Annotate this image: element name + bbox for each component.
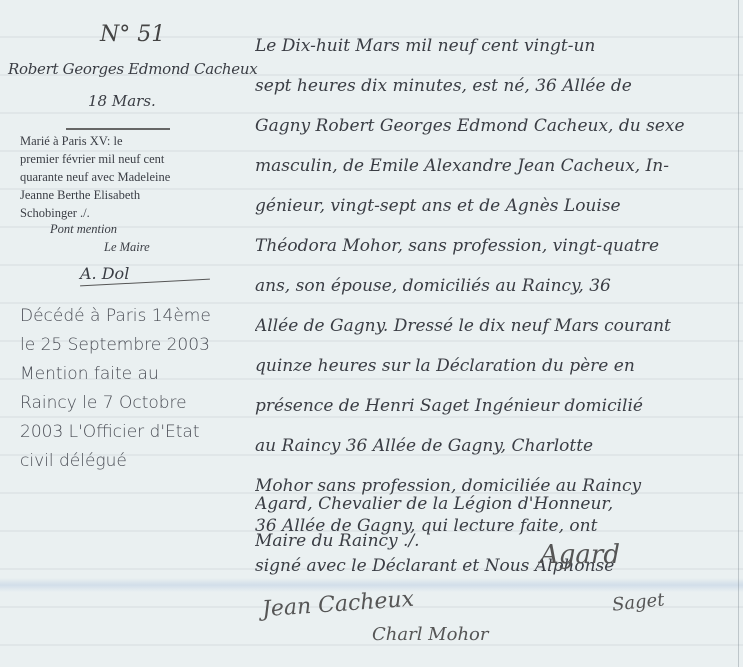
death-annotation: Décédé à Paris 14ème le 25 Septembre 200…: [20, 302, 250, 476]
mayor-label: Le Maire: [104, 240, 150, 255]
body-line: présence de Henri Saget Ingénieur domici…: [255, 386, 735, 426]
body-line: sept heures dix minutes, est né, 36 Allé…: [255, 66, 735, 106]
body-line: quinze heures sur la Déclaration du père…: [255, 346, 735, 386]
body-line: Maire du Raincy ./.: [255, 523, 735, 560]
body-line: ans, son épouse, domiciliés au Raincy, 3…: [255, 266, 735, 306]
father-signature: Jean Cacheux: [261, 587, 415, 623]
marriage-line: Jeanne Berthe Elisabeth: [20, 186, 248, 204]
margin-date: 18 Mars.: [88, 92, 156, 110]
marriage-annotation: Marié à Paris XV: le premier février mil…: [20, 132, 248, 222]
body-line: Allée de Gagny. Dressé le dix neuf Mars …: [255, 306, 735, 346]
birth-record-body-end: Agard, Chevalier de la Légion d'Honneur,…: [255, 486, 735, 560]
death-line: 2003 L'Officier d'Etat: [20, 418, 250, 447]
body-line: Gagny Robert Georges Edmond Cacheux, du …: [255, 106, 735, 146]
death-line: Décédé à Paris 14ème: [20, 302, 250, 331]
mayor-signature: Agard: [540, 540, 620, 570]
death-line: Raincy le 7 Octobre: [20, 389, 250, 418]
body-line: masculin, de Emile Alexandre Jean Cacheu…: [255, 146, 735, 186]
body-line: Agard, Chevalier de la Légion d'Honneur,: [255, 486, 735, 523]
marriage-line: premier février mil neuf cent: [20, 150, 248, 168]
page-edge-rule: [738, 0, 739, 667]
marriage-line: Schobinger ./.: [20, 204, 248, 222]
mayor-margin-signature: A. Dol: [80, 264, 129, 283]
marriage-line: Marié à Paris XV: le: [20, 132, 248, 150]
death-line: Mention faite au: [20, 360, 250, 389]
margin-child-name: Robert Georges Edmond Cacheux: [8, 60, 257, 78]
mention-text: Pont mention: [50, 222, 117, 237]
act-number: N° 51: [100, 22, 165, 47]
body-line: Le Dix-huit Mars mil neuf cent vingt-un: [255, 26, 735, 66]
body-line: Théodora Mohor, sans profession, vingt-q…: [255, 226, 735, 266]
witness-signature: Saget: [611, 589, 665, 615]
marriage-line: quarante neuf avec Madeleine: [20, 168, 248, 186]
death-line: civil délégué: [20, 447, 250, 476]
body-line: génieur, vingt-sept ans et de Agnès Loui…: [255, 186, 735, 226]
witness-signature: Charl Mohor: [372, 624, 488, 645]
register-page: N° 51 Robert Georges Edmond Cacheux 18 M…: [0, 0, 743, 667]
death-line: le 25 Septembre 2003: [20, 331, 250, 360]
body-line: au Raincy 36 Allée de Gagny, Charlotte: [255, 426, 735, 466]
margin-divider: [66, 128, 170, 130]
